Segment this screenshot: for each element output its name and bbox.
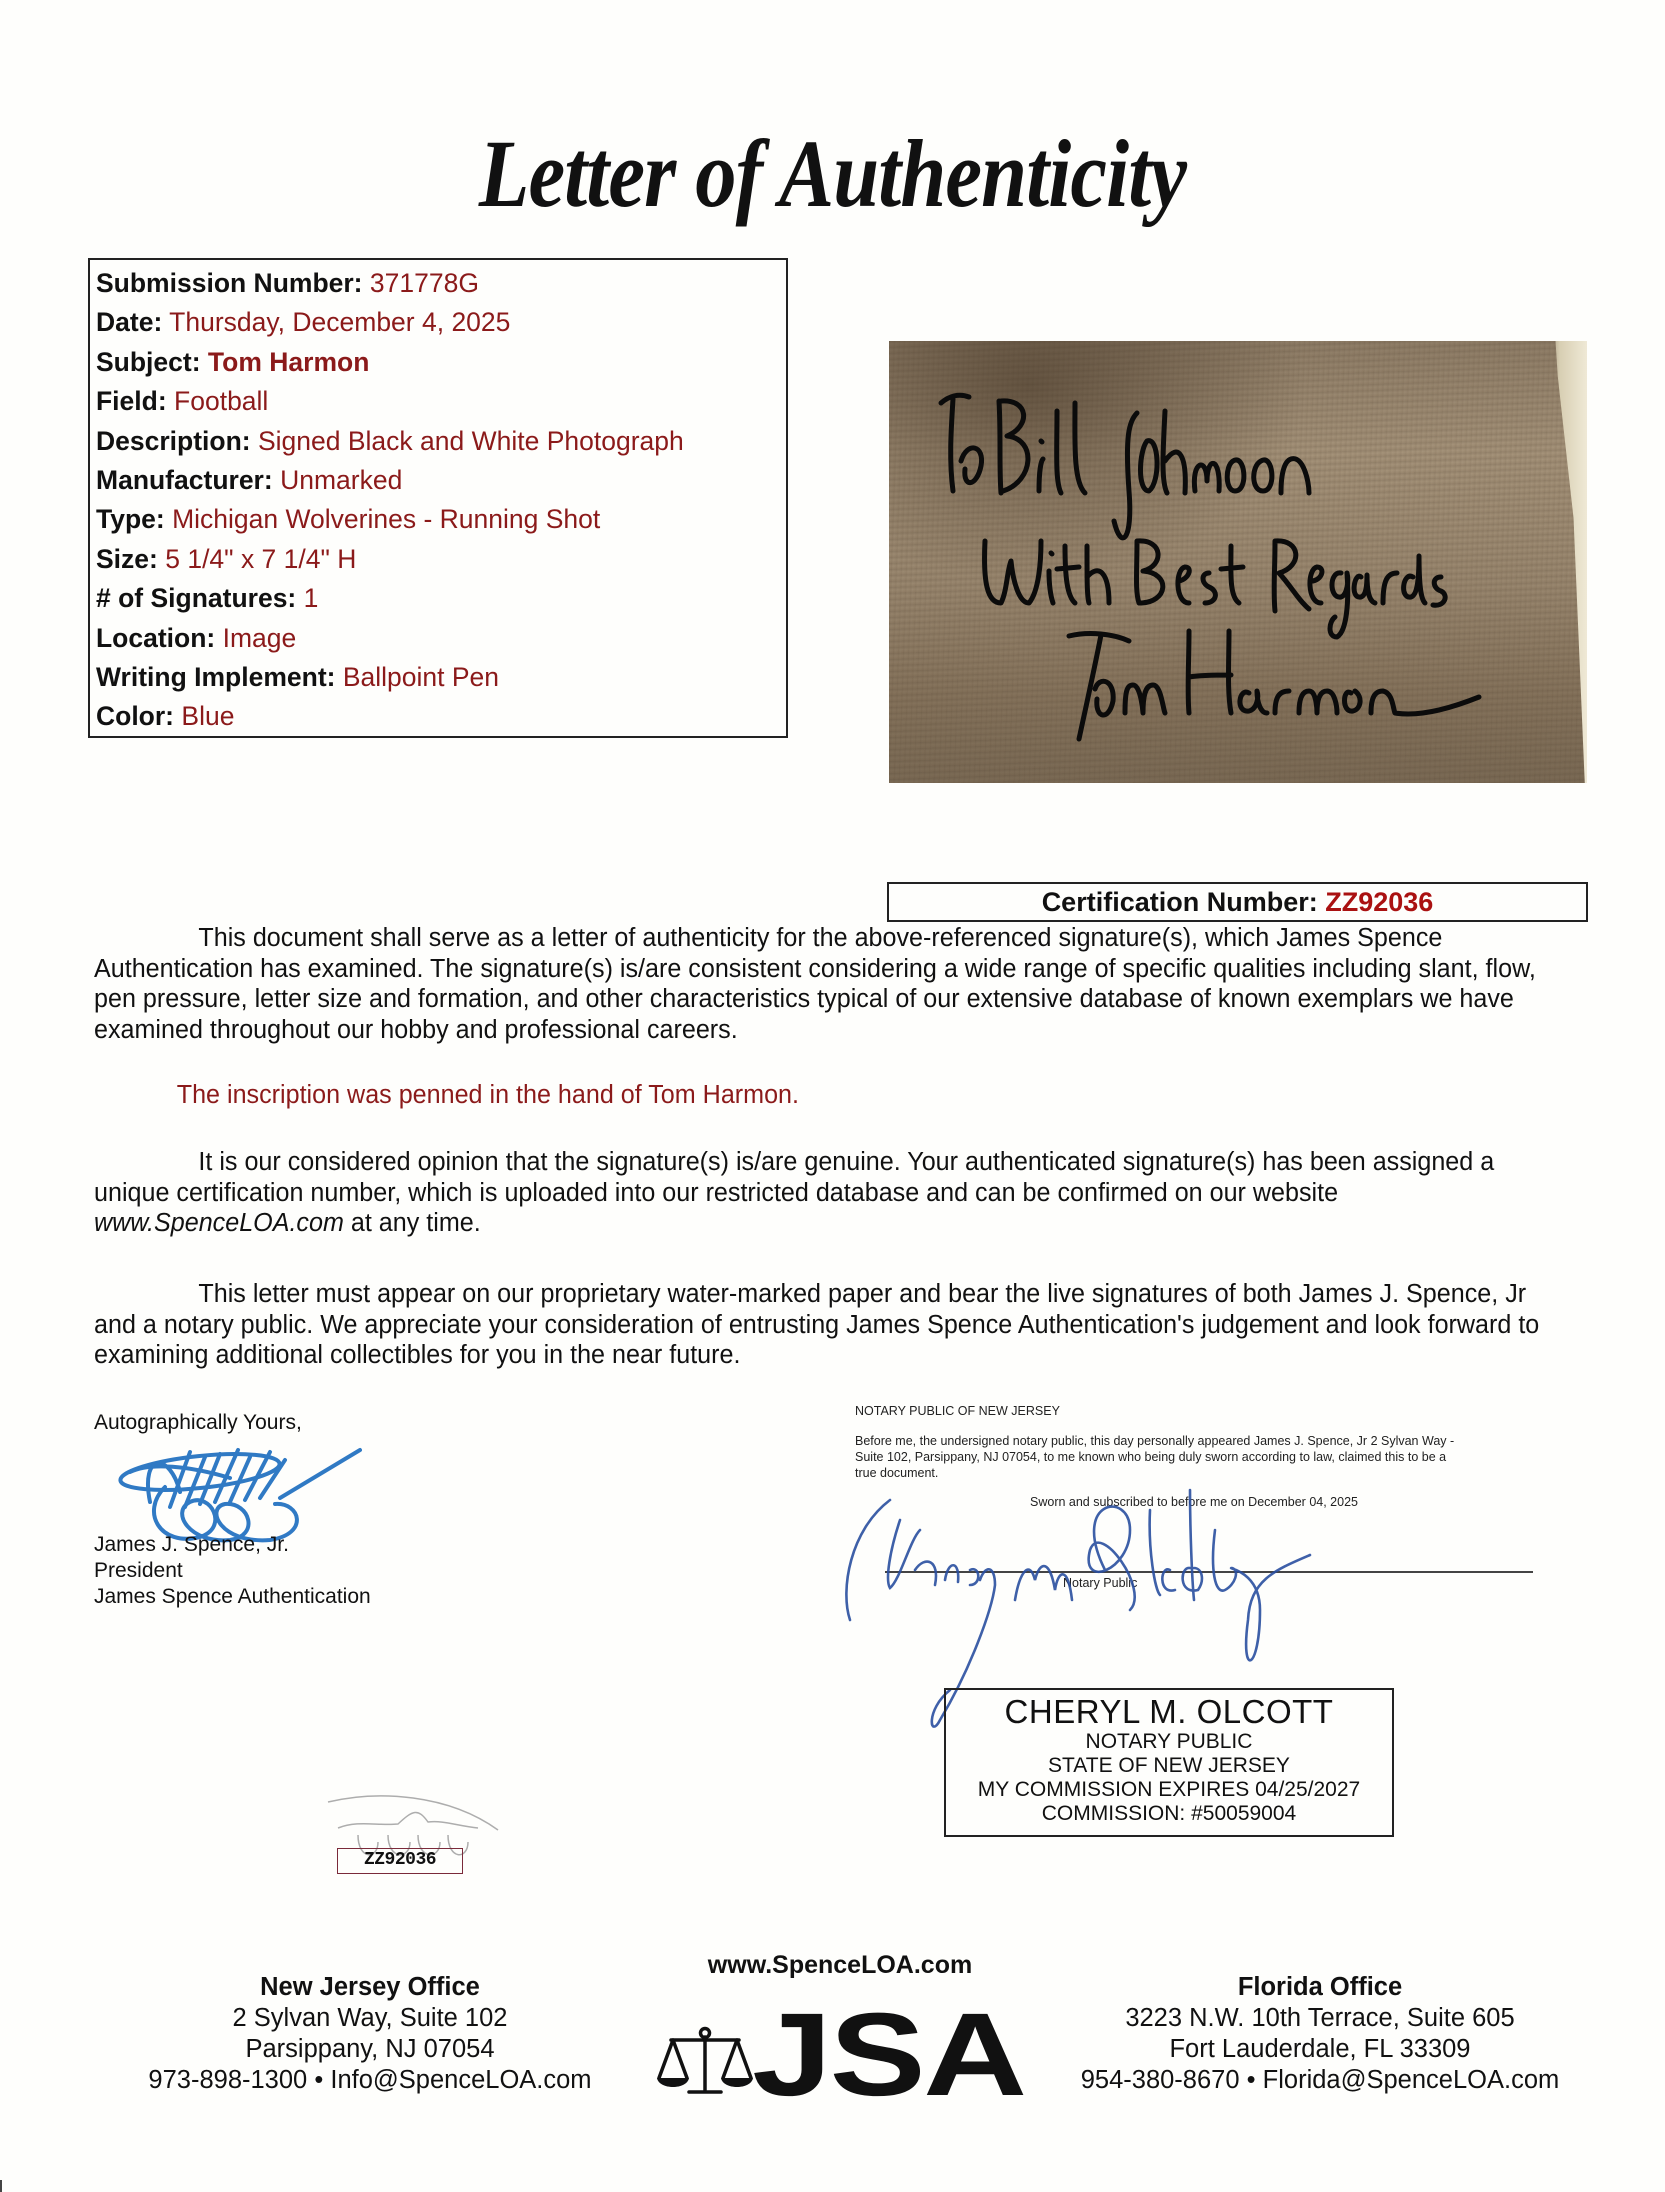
certification-number: ZZ92036 xyxy=(1325,887,1433,917)
info-value: Signed Black and White Photograph xyxy=(258,426,684,456)
inscription-statement: The inscription was penned in the hand o… xyxy=(177,1081,799,1109)
bullet-separator: • xyxy=(1247,2066,1256,2094)
fl-office-contact: 954-380-8670 • Florida@SpenceLOA.com xyxy=(1040,2065,1600,2096)
paragraph-authenticity-text: This document shall serve as a letter of… xyxy=(94,924,1536,1044)
fl-office-address2: Fort Lauderdale, FL 33309 xyxy=(1040,2034,1600,2065)
document-title: Letter of Authenticity xyxy=(117,118,1549,229)
notary-heading: NOTARY PUBLIC OF NEW JERSEY xyxy=(855,1403,1060,1419)
info-value: Thursday, December 4, 2025 xyxy=(169,307,510,337)
website-link[interactable]: www.SpenceLOA.com xyxy=(94,1209,344,1237)
jsa-logo: JSA xyxy=(752,2005,1025,2105)
signatory-block: James J. Spence, Jr. President James Spe… xyxy=(94,1532,371,1610)
info-value: Image xyxy=(223,623,297,653)
paragraph-authenticity: This document shall serve as a letter of… xyxy=(94,923,1552,1045)
fl-office-heading: Florida Office xyxy=(1040,1972,1600,2003)
paragraph-requirements: This letter must appear on our proprieta… xyxy=(94,1279,1552,1371)
paragraph-requirements-text: This letter must appear on our proprieta… xyxy=(94,1280,1539,1369)
info-label: Location: xyxy=(96,623,215,653)
signed-photograph xyxy=(889,341,1587,783)
inscription-handwriting xyxy=(889,341,1587,783)
notary-stamp-line3: MY COMMISSION EXPIRES 04/25/2027 xyxy=(946,1778,1392,1802)
nj-office-address1: 2 Sylvan Way, Suite 102 xyxy=(130,2003,610,2034)
info-value: Ballpoint Pen xyxy=(343,662,499,692)
nj-office-email[interactable]: Info@SpenceLOA.com xyxy=(330,2066,591,2094)
signatory-name: James J. Spence, Jr. xyxy=(94,1532,371,1558)
info-value: 5 1/4" x 7 1/4" H xyxy=(165,544,356,574)
info-value: 1 xyxy=(304,583,319,613)
notary-stamp-line2: STATE OF NEW JERSEY xyxy=(946,1754,1392,1778)
info-row: Subject: Tom Harmon xyxy=(96,343,786,382)
info-label: Color: xyxy=(96,701,174,731)
submission-info-box: Submission Number: 371778GDate: Thursday… xyxy=(88,258,788,738)
info-label: Subject: xyxy=(96,347,201,377)
info-value: Blue xyxy=(181,701,234,731)
info-row: Size: 5 1/4" x 7 1/4" H xyxy=(96,540,786,579)
info-row: Date: Thursday, December 4, 2025 xyxy=(96,303,786,342)
nj-office-contact: 973-898-1300 • Info@SpenceLOA.com xyxy=(130,2065,610,2096)
info-row: Submission Number: 371778G xyxy=(96,264,786,303)
scan-corner-mark xyxy=(0,2180,2,2192)
notary-stamp-name: CHERYL M. OLCOTT xyxy=(946,1694,1392,1730)
info-label: Submission Number: xyxy=(96,268,363,298)
info-label: Date: xyxy=(96,307,162,337)
nj-office-address2: Parsippany, NJ 07054 xyxy=(130,2034,610,2065)
hologram-cert-sticker: ZZ92036 xyxy=(337,1848,463,1874)
notary-stamp-line4: COMMISSION: #50059004 xyxy=(946,1802,1392,1826)
info-row: # of Signatures: 1 xyxy=(96,579,786,618)
paragraph-opinion-text: It is our considered opinion that the si… xyxy=(94,1148,1494,1207)
notary-stamp: CHERYL M. OLCOTT NOTARY PUBLIC STATE OF … xyxy=(944,1688,1394,1837)
info-row: Type: Michigan Wolverines - Running Shot xyxy=(96,500,786,539)
info-row: Manufacturer: Unmarked xyxy=(96,461,786,500)
nj-office-block: New Jersey Office 2 Sylvan Way, Suite 10… xyxy=(130,1972,610,2096)
fl-office-phone[interactable]: 954-380-8670 xyxy=(1081,2066,1240,2094)
footer-website[interactable]: www.SpenceLOA.com xyxy=(640,1951,1040,1980)
info-value: Michigan Wolverines - Running Shot xyxy=(172,504,600,534)
paragraph-opinion-tail: at any time. xyxy=(344,1209,481,1237)
info-label: Size: xyxy=(96,544,158,574)
fl-office-address1: 3223 N.W. 10th Terrace, Suite 605 xyxy=(1040,2003,1600,2034)
info-label: Manufacturer: xyxy=(96,465,273,495)
info-value: Tom Harmon xyxy=(208,347,369,377)
certification-label: Certification Number: xyxy=(1042,887,1318,917)
info-row: Writing Implement: Ballpoint Pen xyxy=(96,658,786,697)
certification-number-box: Certification Number: ZZ92036 xyxy=(887,882,1588,922)
info-row: Color: Blue xyxy=(96,697,786,736)
fl-office-email[interactable]: Florida@SpenceLOA.com xyxy=(1263,2066,1560,2094)
fl-office-block: Florida Office 3223 N.W. 10th Terrace, S… xyxy=(1040,1972,1600,2096)
scales-of-justice-icon xyxy=(655,2026,755,2098)
info-value: Football xyxy=(174,386,268,416)
info-label: Description: xyxy=(96,426,251,456)
info-value: 371778G xyxy=(370,268,479,298)
info-row: Field: Football xyxy=(96,382,786,421)
info-value: Unmarked xyxy=(280,465,402,495)
info-row: Location: Image xyxy=(96,619,786,658)
paragraph-opinion: It is our considered opinion that the si… xyxy=(94,1147,1552,1239)
paragraph-inscription: The inscription was penned in the hand o… xyxy=(94,1080,1552,1111)
info-label: Type: xyxy=(96,504,165,534)
nj-office-phone[interactable]: 973-898-1300 xyxy=(148,2066,307,2094)
signatory-company: James Spence Authentication xyxy=(94,1584,371,1610)
notary-stamp-line1: NOTARY PUBLIC xyxy=(946,1730,1392,1754)
info-label: Writing Implement: xyxy=(96,662,335,692)
info-row: Description: Signed Black and White Phot… xyxy=(96,422,786,461)
nj-office-heading: New Jersey Office xyxy=(130,1972,610,2003)
info-label: Field: xyxy=(96,386,167,416)
signatory-title: President xyxy=(94,1558,371,1584)
bullet-separator: • xyxy=(314,2066,323,2094)
info-label: # of Signatures: xyxy=(96,583,296,613)
